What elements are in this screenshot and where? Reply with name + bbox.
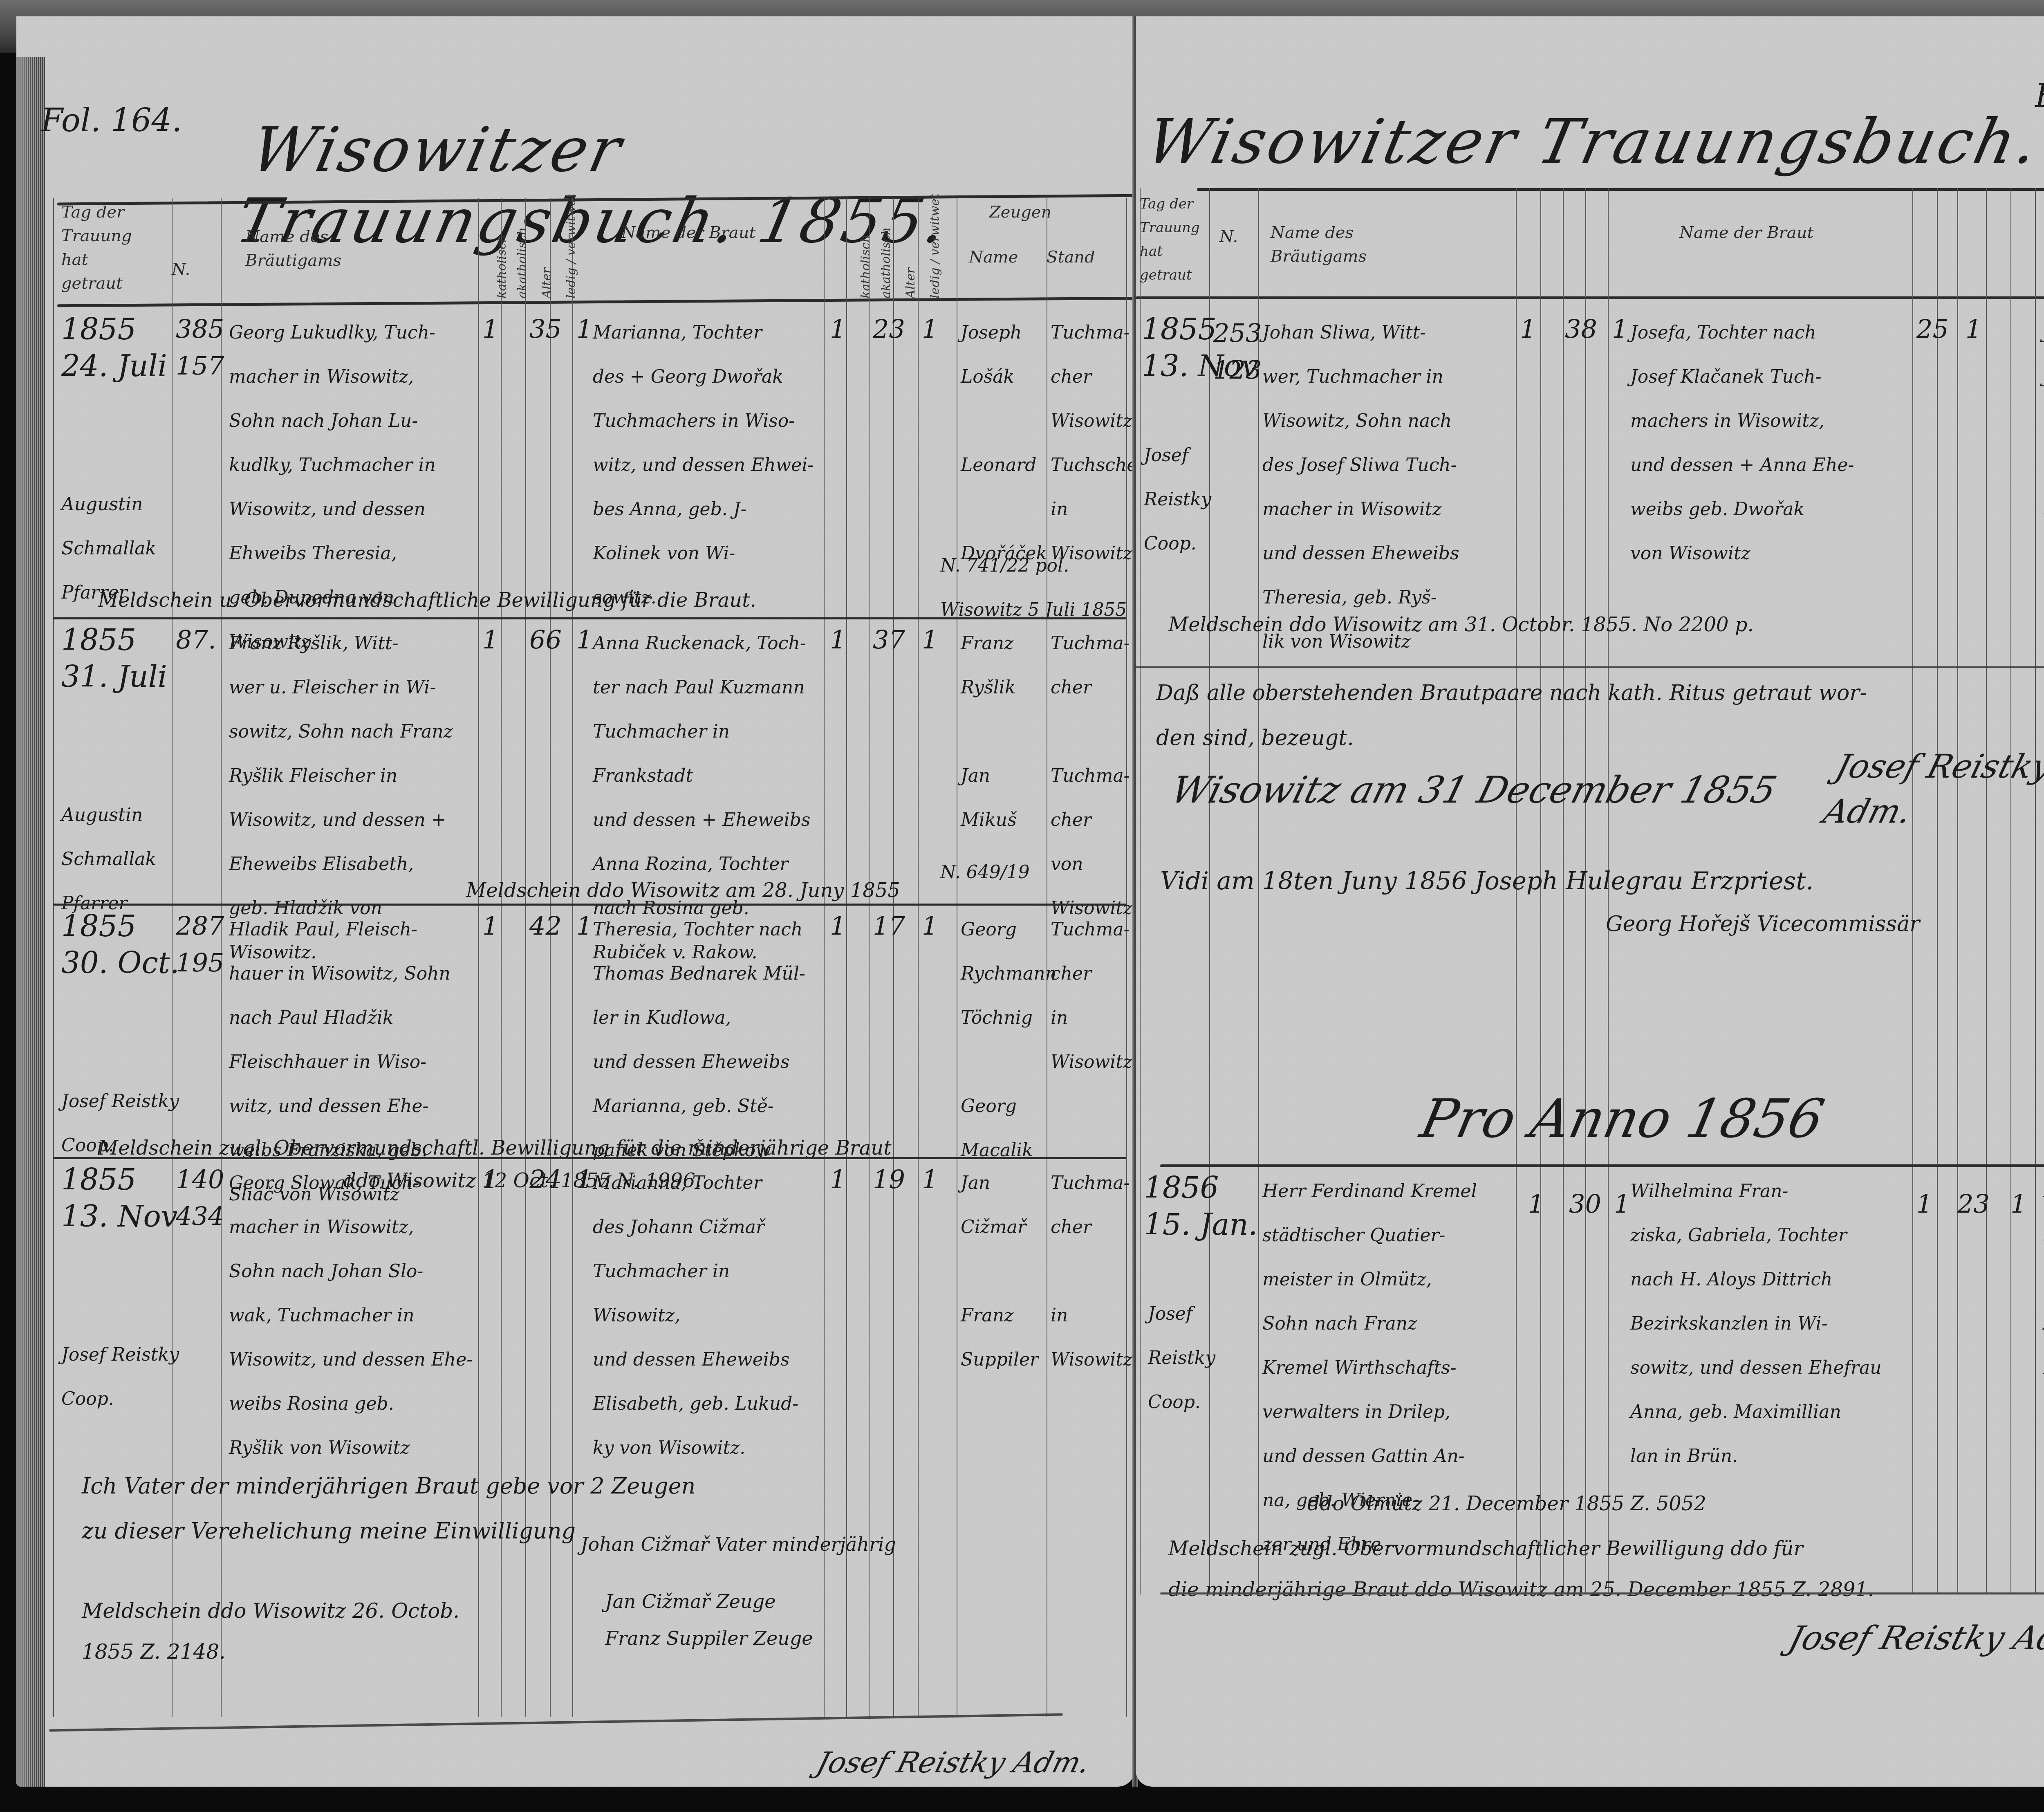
entry-priest: Augustin Schmallak Pfarrer [61,793,156,926]
entry-meldschein-ref: die minderjährige Braut ddo Wisowitz am … [1168,1578,1874,1601]
groom-catholic: 1 [482,1161,498,1198]
entry-separator [53,1157,1126,1159]
entry-priest: Josef Reistky Coop. [1148,1292,1215,1424]
column-line [1937,188,1938,1594]
entry-bride: Theresia, Tochter nach Thomas Bednarek M… [593,908,822,1173]
entry-bride: Wilhelmina Fran- ziska, Gabriela, Tochte… [1630,1169,1908,1478]
entry-priest: Josef Reistky Coop. [61,1333,179,1421]
left-page: Fol. 164. Wisowitzer Trauungsbuch. 1855.… [16,16,1134,1787]
witness-names: Franz Ryšlik Jan Mikuš [961,621,1042,842]
header-groom-status: ledig / verwitwet [564,194,578,298]
page-title: Wisowitzer Trauungsbuch. 1855 [1141,106,2044,177]
column-line [1912,188,1913,1594]
meldschein-note: Meldschein ddo Wisowitz 26. Octob. 1855 … [82,1590,459,1672]
header-groom: Name des Bräutigams [1271,221,1426,268]
bride-single: 1 [922,908,938,944]
groom-single: 1 [576,908,592,944]
entry-date: 1856 15. Jan. [1144,1169,1257,1243]
vidi-signature: Georg Hořejš Vicecommissär [1606,912,1920,936]
column-line [846,198,847,1717]
column-line [957,198,957,1717]
bride-age: 37 [873,621,905,658]
header-witness-name: Name [969,245,1018,269]
entry-separator [53,617,1126,619]
header-groom-other: akatholisch [515,227,529,298]
entry-meldschein-note: Meldschein zugl. Obervormundschaftlicher… [1168,1537,1803,1560]
column-line [2010,188,2011,1594]
closing-statement: Daß alle oberstehenden Brautpaare nach k… [1156,671,1867,760]
groom-catholic: 1 [482,908,498,944]
groom-single: 1 [576,621,592,658]
header-witness-status: Stand [1047,245,1095,269]
witness-status: Tuchma- cher Wisowitz Tuchscherer in Wis… [1051,311,1132,576]
entry-number: 253 123 [1213,315,1262,388]
entry-number: 140 434 [176,1161,224,1235]
groom-widowed: 1 [1612,311,1628,348]
entry-meldschein-note: Meldschein u. Obervormundschaftliche Bew… [98,589,756,612]
witness-status: Tuchma- cher in Wisowitz [1051,908,1132,1084]
bride-single: 1 [922,1161,938,1198]
column-line [2035,188,2036,1594]
header-groom: Name des Bräutigams [245,225,401,272]
entry-meldschein-note: Meldschein ddo Wisowitz am 31. Octobr. 1… [1168,613,1754,636]
groom-age: 38 [1565,311,1597,348]
header-bride-religion: katholisch [858,235,873,298]
header-number: N. [1219,225,1238,249]
year-heading-rule [1160,1164,2044,1167]
entry-bride: Marianna, Tochter des Johann Cižmař Tuch… [593,1161,822,1470]
header-bride: Name der Braut [1679,221,1835,244]
entry-date: 1855 31. Juli [61,621,167,695]
witness-status: Tuchma- cher Tuchma- cher von Wisowitz [1051,621,1132,931]
bride-catholic: 1 [830,621,846,658]
header-bottom-rule [57,297,1134,307]
entry-groom: Georg Slowak, Tuch- macher in Wisowitz, … [229,1161,474,1470]
bride-age: 23 [873,311,905,348]
header-groom-age: Alter [540,268,554,298]
column-line [1140,188,1141,1594]
groom-age: 35 [529,311,562,348]
administrator-signature: Josef Reistky Adm. [813,1746,1094,1779]
entry-date: 1855 13. Nov [61,1161,177,1235]
page-edges [16,57,45,1787]
witness-status: Tuchma- cher in Wisowitz [1051,1161,1132,1382]
entry-groom: Johan Sliwa, Witt- wer, Tuchmacher in Wi… [1262,311,1508,664]
entry-separator [53,904,1126,906]
bride-catholic: 1 [830,1161,846,1198]
witness-names: Joseph Lošák Leonard Dvořáček [961,311,1042,576]
header-date-priest: Tag der Trauung hat getraut [1140,192,1213,287]
groom-single: 1 [1614,1186,1630,1222]
closing-signature: Josef Reistky Adm. [1819,744,2044,834]
groom-age: 30 [1569,1186,1601,1222]
administrator-signature: Josef Reistky Adm. [1785,1619,2044,1657]
header-bottom-rule [1136,296,2044,299]
entry-priest: Josef Reistky Coop. [1144,433,1211,566]
closing-place-date: Wisowitz am 31 December 1855 [1167,769,1781,812]
entry-date: 1855 24. Juli [61,311,167,384]
entry-bride: Marianna, Tochter des + Georg Dwořak Tuc… [593,311,822,620]
column-line [1047,198,1047,1717]
year-heading: Pro Anno 1856 [1415,1088,1829,1150]
bride-catholic: 1 [830,311,846,348]
header-bride-status: ledig / verwitwet [928,194,942,298]
witness-names: Jan Cižmař Franz Suppiler [961,1161,1042,1382]
bride-single: 1 [922,621,938,658]
header-bride-other: akatholisch [879,227,893,298]
header-bride-age: Alter [903,268,918,298]
groom-age: 42 [529,908,562,944]
witness-names: Georg Rychmann Töchnig Georg Macalik [961,908,1042,1173]
entry-date: 1855 30. Oct. [61,908,179,981]
groom-catholic: 1 [1520,311,1536,348]
entry-number: 287 195 [176,908,224,981]
bride-single: 1 [922,311,938,348]
consent-signature-witness-1: Jan Cižmař Zeuge [605,1590,775,1612]
entry-number: 385 157 [176,311,224,384]
closing-rule [1160,1592,2044,1594]
bride-age: 23 [1957,1186,1990,1222]
consent-signature-father: Johan Cižmař Vater minderjährig [580,1533,896,1555]
entry-meldschein-note: Meldschein ddo Wisowitz am 28. Juny 1855 [466,879,900,902]
header-groom-religion: katholisch [495,235,509,298]
groom-catholic: 1 [482,621,498,658]
entry-meldschein-note: Meldschein zugl. Obervormundschaftl. Bew… [98,1137,892,1159]
vidi-note: Vidi am 18ten Juny 1856 Joseph Hulegrau … [1160,867,1813,895]
bride-age: 17 [873,908,905,944]
column-line [1986,188,1987,1594]
column-line [53,198,54,1717]
column-line [824,198,825,1717]
header-date-priest: Tag der Trauung hat getraut [61,200,127,295]
groom-age: 66 [529,621,562,658]
entry-olmuetz-reference: ddo Olmütz 21. December 1855 Z. 5052 [1307,1492,1706,1515]
entry-bride: Josefa, Tochter nach Josef Klačanek Tuch… [1630,311,1908,576]
groom-catholic: 1 [1528,1186,1544,1222]
bride-catholic: 1 [1916,1186,1932,1222]
header-witnesses: Zeugen [989,200,1051,224]
groom-single: 1 [576,1161,592,1198]
column-line [918,198,919,1717]
bride-catholic: 1 [830,908,846,944]
column-line [893,198,894,1717]
header-bride: Name der Braut [621,221,777,244]
entry-number: 87. [176,621,216,658]
entry-separator [1136,666,2044,668]
bride-single: 1 [2010,1186,2026,1222]
right-page: Fol. 165. Wisowitzer Trauungsbuch. 1855 … [1136,16,2044,1787]
folio-number: Fol. 164. [41,102,182,139]
header-number: N. [172,258,190,281]
column-line [869,198,870,1717]
header-top-rule [1197,188,2044,191]
column-line [1957,188,1958,1594]
entry-reference: N. 649/19 [940,850,1029,895]
consent-signature-witness-2: Franz Suppiler Zeuge [605,1627,813,1649]
bride-age: 19 [873,1161,905,1198]
bride-age: 25 [1916,311,1949,348]
groom-single: 1 [576,311,592,348]
groom-catholic: 1 [482,311,498,348]
groom-age: 24 [529,1161,562,1198]
bride-single: 1 [1966,311,1981,348]
closing-rule [49,1713,1063,1732]
